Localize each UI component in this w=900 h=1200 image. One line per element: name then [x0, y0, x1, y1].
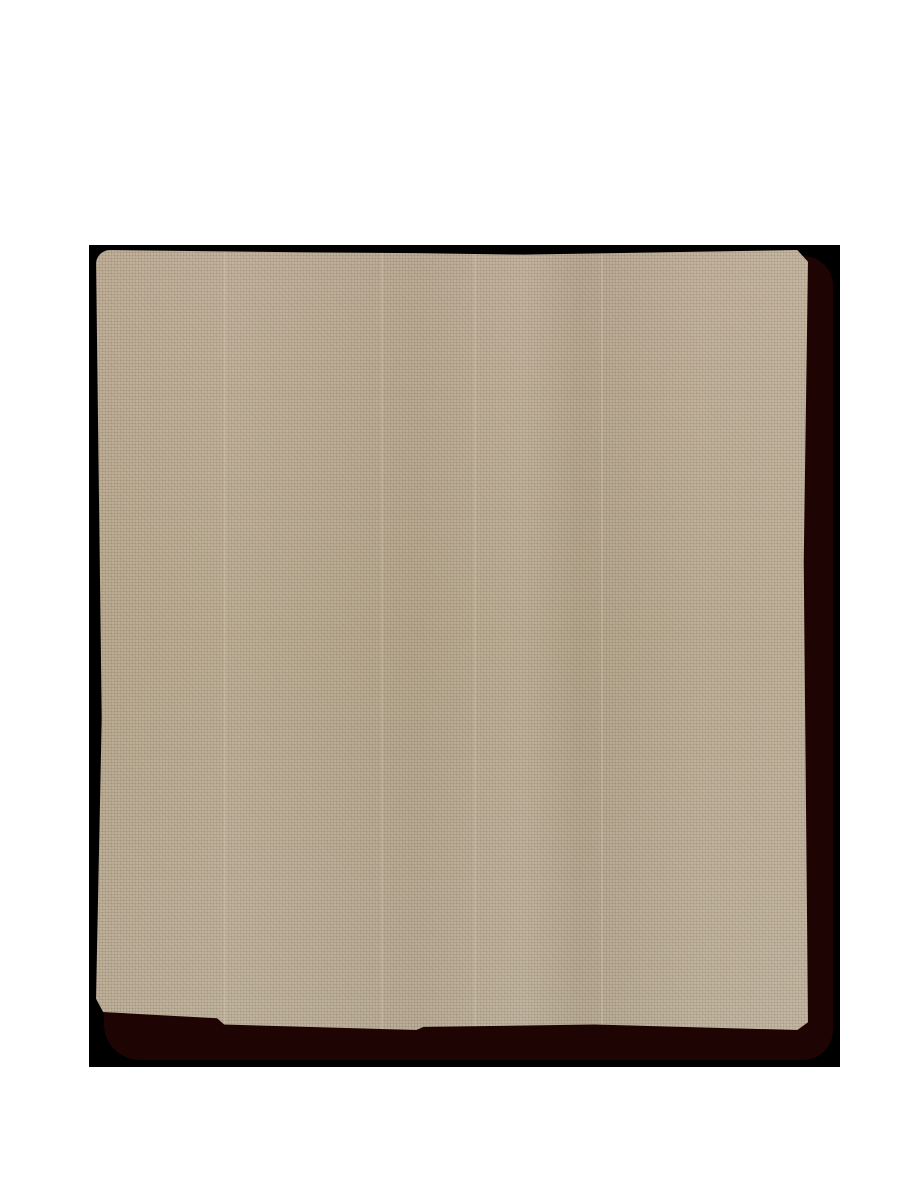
fabric-thread-line [224, 250, 226, 1030]
fabric-swatch [96, 250, 808, 1030]
fabric-thread-line [601, 250, 603, 1030]
fabric-thread-line [381, 250, 383, 1030]
fabric-thread-line [474, 250, 476, 1030]
